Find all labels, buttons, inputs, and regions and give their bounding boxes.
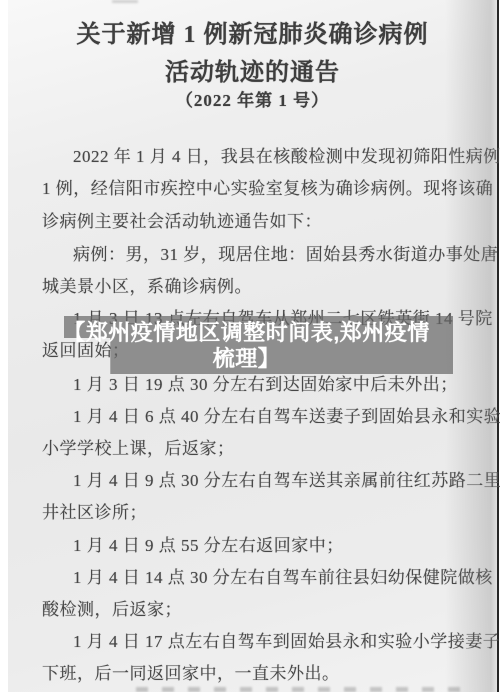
document-line: 诊病例主要社会活动轨迹通告如下： — [42, 212, 322, 232]
document-line: 酸检测，后返家； — [42, 600, 182, 620]
document-line: 病例：男，31 岁，现居住地：固始县秀水街道办事处唐 — [73, 245, 498, 265]
document-line: 城美景小区，系确诊病例。 — [42, 277, 252, 297]
document-line: 1 月 4 日 9 点 55 分左右返回家中； — [73, 536, 344, 556]
caption-overlay-text: 【郑州疫情地区调整时间表,郑州疫情 梳理】 — [64, 318, 453, 374]
document-line: 1 月 4 日 14 点 30 分左右自驾车前往县妇幼保健院做核 — [73, 568, 493, 588]
document-line: 1 月 3 日 19 点 30 分左右到达固始家中后未外出； — [73, 375, 458, 395]
crop-artifact-bottom — [136, 687, 474, 692]
crop-artifact-top — [112, 0, 138, 3]
document-line: 2022 年 1 月 4 日，我县在核酸检测中发现初筛阳性病例 — [73, 147, 500, 167]
title-line-1: 关于新增 1 例新冠肺炎确诊病例 — [8, 14, 497, 49]
caption-line-1: 【郑州疫情地区调整时间表,郑州疫情 — [63, 320, 430, 346]
document-line: 井社区诊所； — [42, 503, 147, 523]
document-line: 1 月 4 日 9 点 30 分左右自驾车送其亲属前往红苏路二里 — [73, 471, 500, 491]
title-line-2: 活动轨迹的通告 — [8, 52, 497, 87]
document-line: 1 月 4 日 6 点 40 分左右自驾车送妻子到固始县永和实验 — [73, 407, 500, 427]
screenshot-root: 关于新增 1 例新冠肺炎确诊病例 活动轨迹的通告 （2022 年第 1 号） 2… — [0, 0, 500, 692]
caption-line-2: 梳理】 — [213, 346, 281, 372]
document-number: （2022 年第 1 号） — [8, 86, 497, 111]
document-line: 1 例，经信阳市疾控中心实验室复核为确诊病例。现将该确 — [42, 179, 493, 199]
document-line: 下班，后一同返回家中，一直未外出。 — [42, 664, 340, 684]
document-line: 小学学校上课，后返家； — [42, 439, 235, 459]
document-line: 1 月 4 日 17 点左右自驾车到固始县永和实验小学接妻子 — [73, 632, 500, 652]
